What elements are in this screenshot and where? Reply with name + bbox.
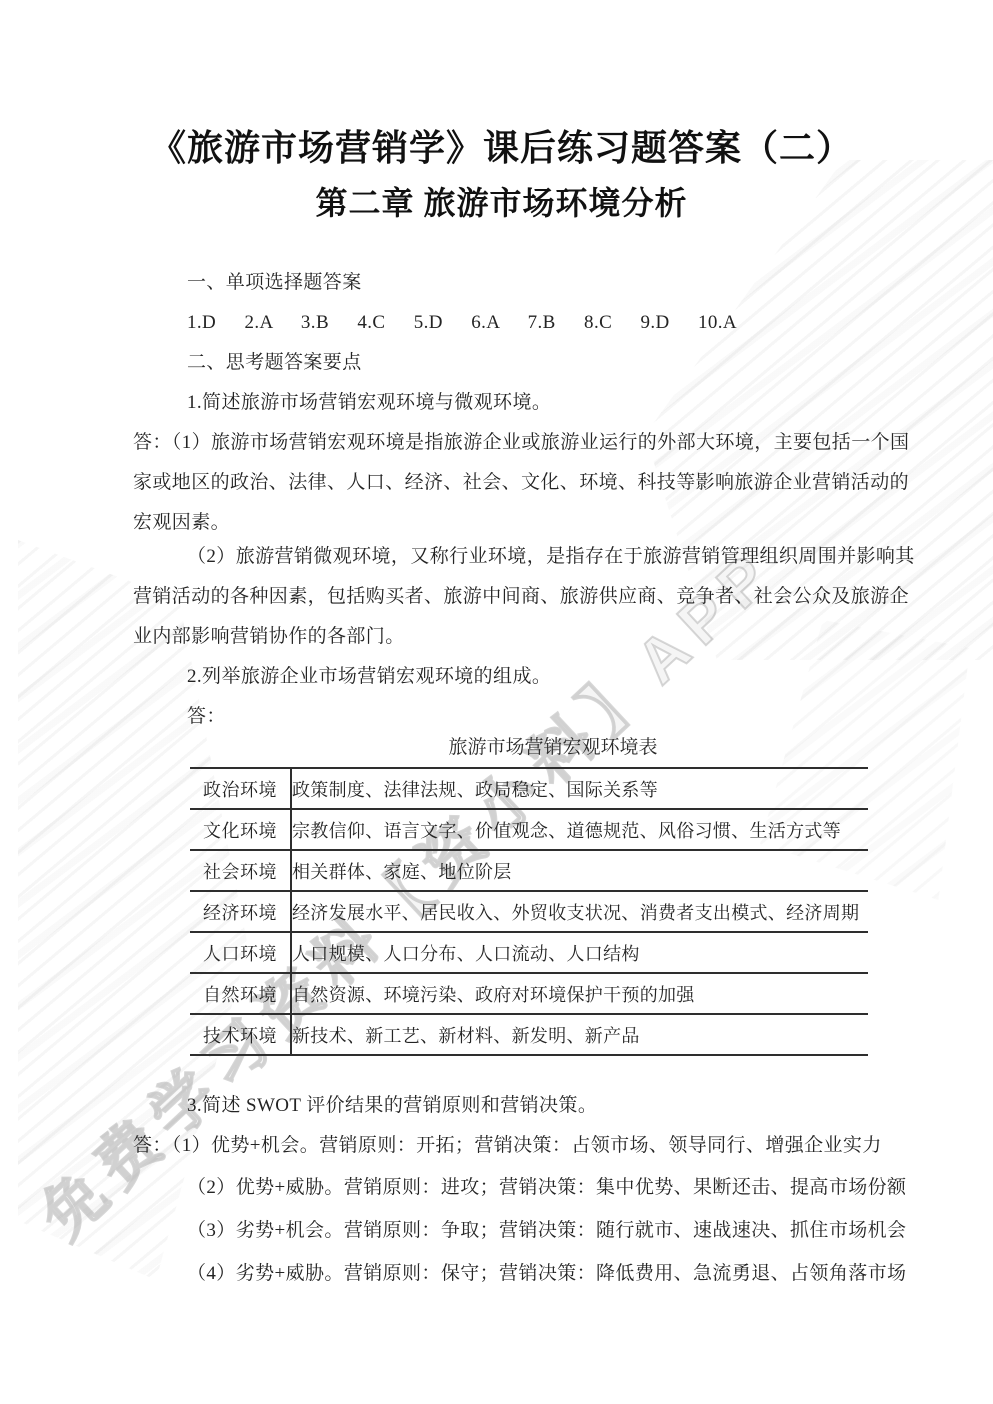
table-row-label: 技术环境 [190, 1014, 291, 1055]
q3-answer-line-2: （2）优势+威胁。营销原则：进攻；营销决策：集中优势、果断还击、提高市场份额 [133, 1166, 870, 1209]
table-row-label: 政治环境 [190, 768, 291, 809]
table-row-content: 宗教信仰、语言文字、价值观念、道德规范、风俗习惯、生活方式等 [291, 809, 868, 850]
q3-answer-line-4: （4）劣势+威胁。营销原则：保守；营销决策：降低费用、急流勇退、占领角落市场 [133, 1252, 870, 1295]
section1-heading: 一、单项选择题答案 [133, 263, 870, 303]
table-row-technology: 技术环境 新技术、新工艺、新材料、新发明、新产品 [190, 1014, 868, 1055]
table-row-label: 经济环境 [190, 891, 291, 932]
question-1: 1.简述旅游市场营销宏观环境与微观环境。 [133, 383, 870, 423]
table-row-label: 文化环境 [190, 809, 291, 850]
question-2: 2.列举旅游企业市场营销宏观环境的组成。 [133, 657, 870, 697]
q1-answer-line-5: 营销活动的各种因素，包括购买者、旅游中间商、旅游供应商、竞争者、社会公众及旅游企 [133, 577, 870, 617]
document-page: 免费学习资料【资小料】APP 《旅游市场营销学》课后练习题答案（二） 第二章 旅… [0, 0, 993, 1404]
mcq-answers-line: 1.D 2.A 3.B 4.C 5.D 6.A 7.B 8.C 9.D 10.A [133, 303, 870, 343]
document-title-line2: 第二章 旅游市场环境分析 [133, 176, 870, 230]
table-row-content: 相关群体、家庭、地位阶层 [291, 850, 868, 891]
q1-answer-line-6: 业内部影响营销协作的各部门。 [133, 617, 870, 657]
q3-answer-line-3: （3）劣势+机会。营销原则：争取；营销决策：随行就市、速战速决、抓住市场机会 [133, 1209, 870, 1252]
table-row-content: 经济发展水平、居民收入、外贸收支状况、消费者支出模式、经济周期 [291, 891, 868, 932]
q1-answer-line-4: （2）旅游营销微观环境，又称行业环境，是指存在于旅游营销管理组织周围并影响其 [133, 537, 870, 577]
table-row-political: 政治环境 政策制度、法律法规、政局稳定、国际关系等 [190, 768, 868, 809]
table-row-content: 新技术、新工艺、新材料、新发明、新产品 [291, 1014, 868, 1055]
table-row-label: 社会环境 [190, 850, 291, 891]
table-row-label: 自然环境 [190, 973, 291, 1014]
table-row-natural: 自然环境 自然资源、环境污染、政府对环境保护干预的加强 [190, 973, 868, 1014]
q3-answer-line-1: 答：（1）优势+机会。营销原则：开拓；营销决策：占领市场、领导同行、增强企业实力 [133, 1126, 870, 1166]
q1-answer-line-1: 答：（1）旅游市场营销宏观环境是指旅游企业或旅游业运行的外部大环境，主要包括一个… [133, 423, 870, 463]
table-row-population: 人口环境 人口规模、人口分布、人口流动、人口结构 [190, 932, 868, 973]
table-row-social: 社会环境 相关群体、家庭、地位阶层 [190, 850, 868, 891]
table-row-label: 人口环境 [190, 932, 291, 973]
document-title-line1: 《旅游市场营销学》课后练习题答案（二） [133, 120, 870, 176]
q1-answer-line-2: 家或地区的政治、法律、人口、经济、社会、文化、环境、科技等影响旅游企业营销活动的 [133, 463, 870, 503]
section2-heading: 二、思考题答案要点 [133, 343, 870, 383]
table-row-economic: 经济环境 经济发展水平、居民收入、外贸收支状况、消费者支出模式、经济周期 [190, 891, 868, 932]
macro-environment-table: 政治环境 政策制度、法律法规、政局稳定、国际关系等 文化环境 宗教信仰、语言文字… [190, 767, 868, 1056]
table-title: 旅游市场营销宏观环境表 [190, 731, 868, 765]
question-3: 3.简述 SWOT 评价结果的营销原则和营销决策。 [133, 1086, 870, 1126]
table-row-cultural: 文化环境 宗教信仰、语言文字、价值观念、道德规范、风俗习惯、生活方式等 [190, 809, 868, 850]
table-row-content: 自然资源、环境污染、政府对环境保护干预的加强 [291, 973, 868, 1014]
document-content: 《旅游市场营销学》课后练习题答案（二） 第二章 旅游市场环境分析 一、单项选择题… [0, 0, 993, 1404]
table-row-content: 政策制度、法律法规、政局稳定、国际关系等 [291, 768, 868, 809]
table-row-content: 人口规模、人口分布、人口流动、人口结构 [291, 932, 868, 973]
